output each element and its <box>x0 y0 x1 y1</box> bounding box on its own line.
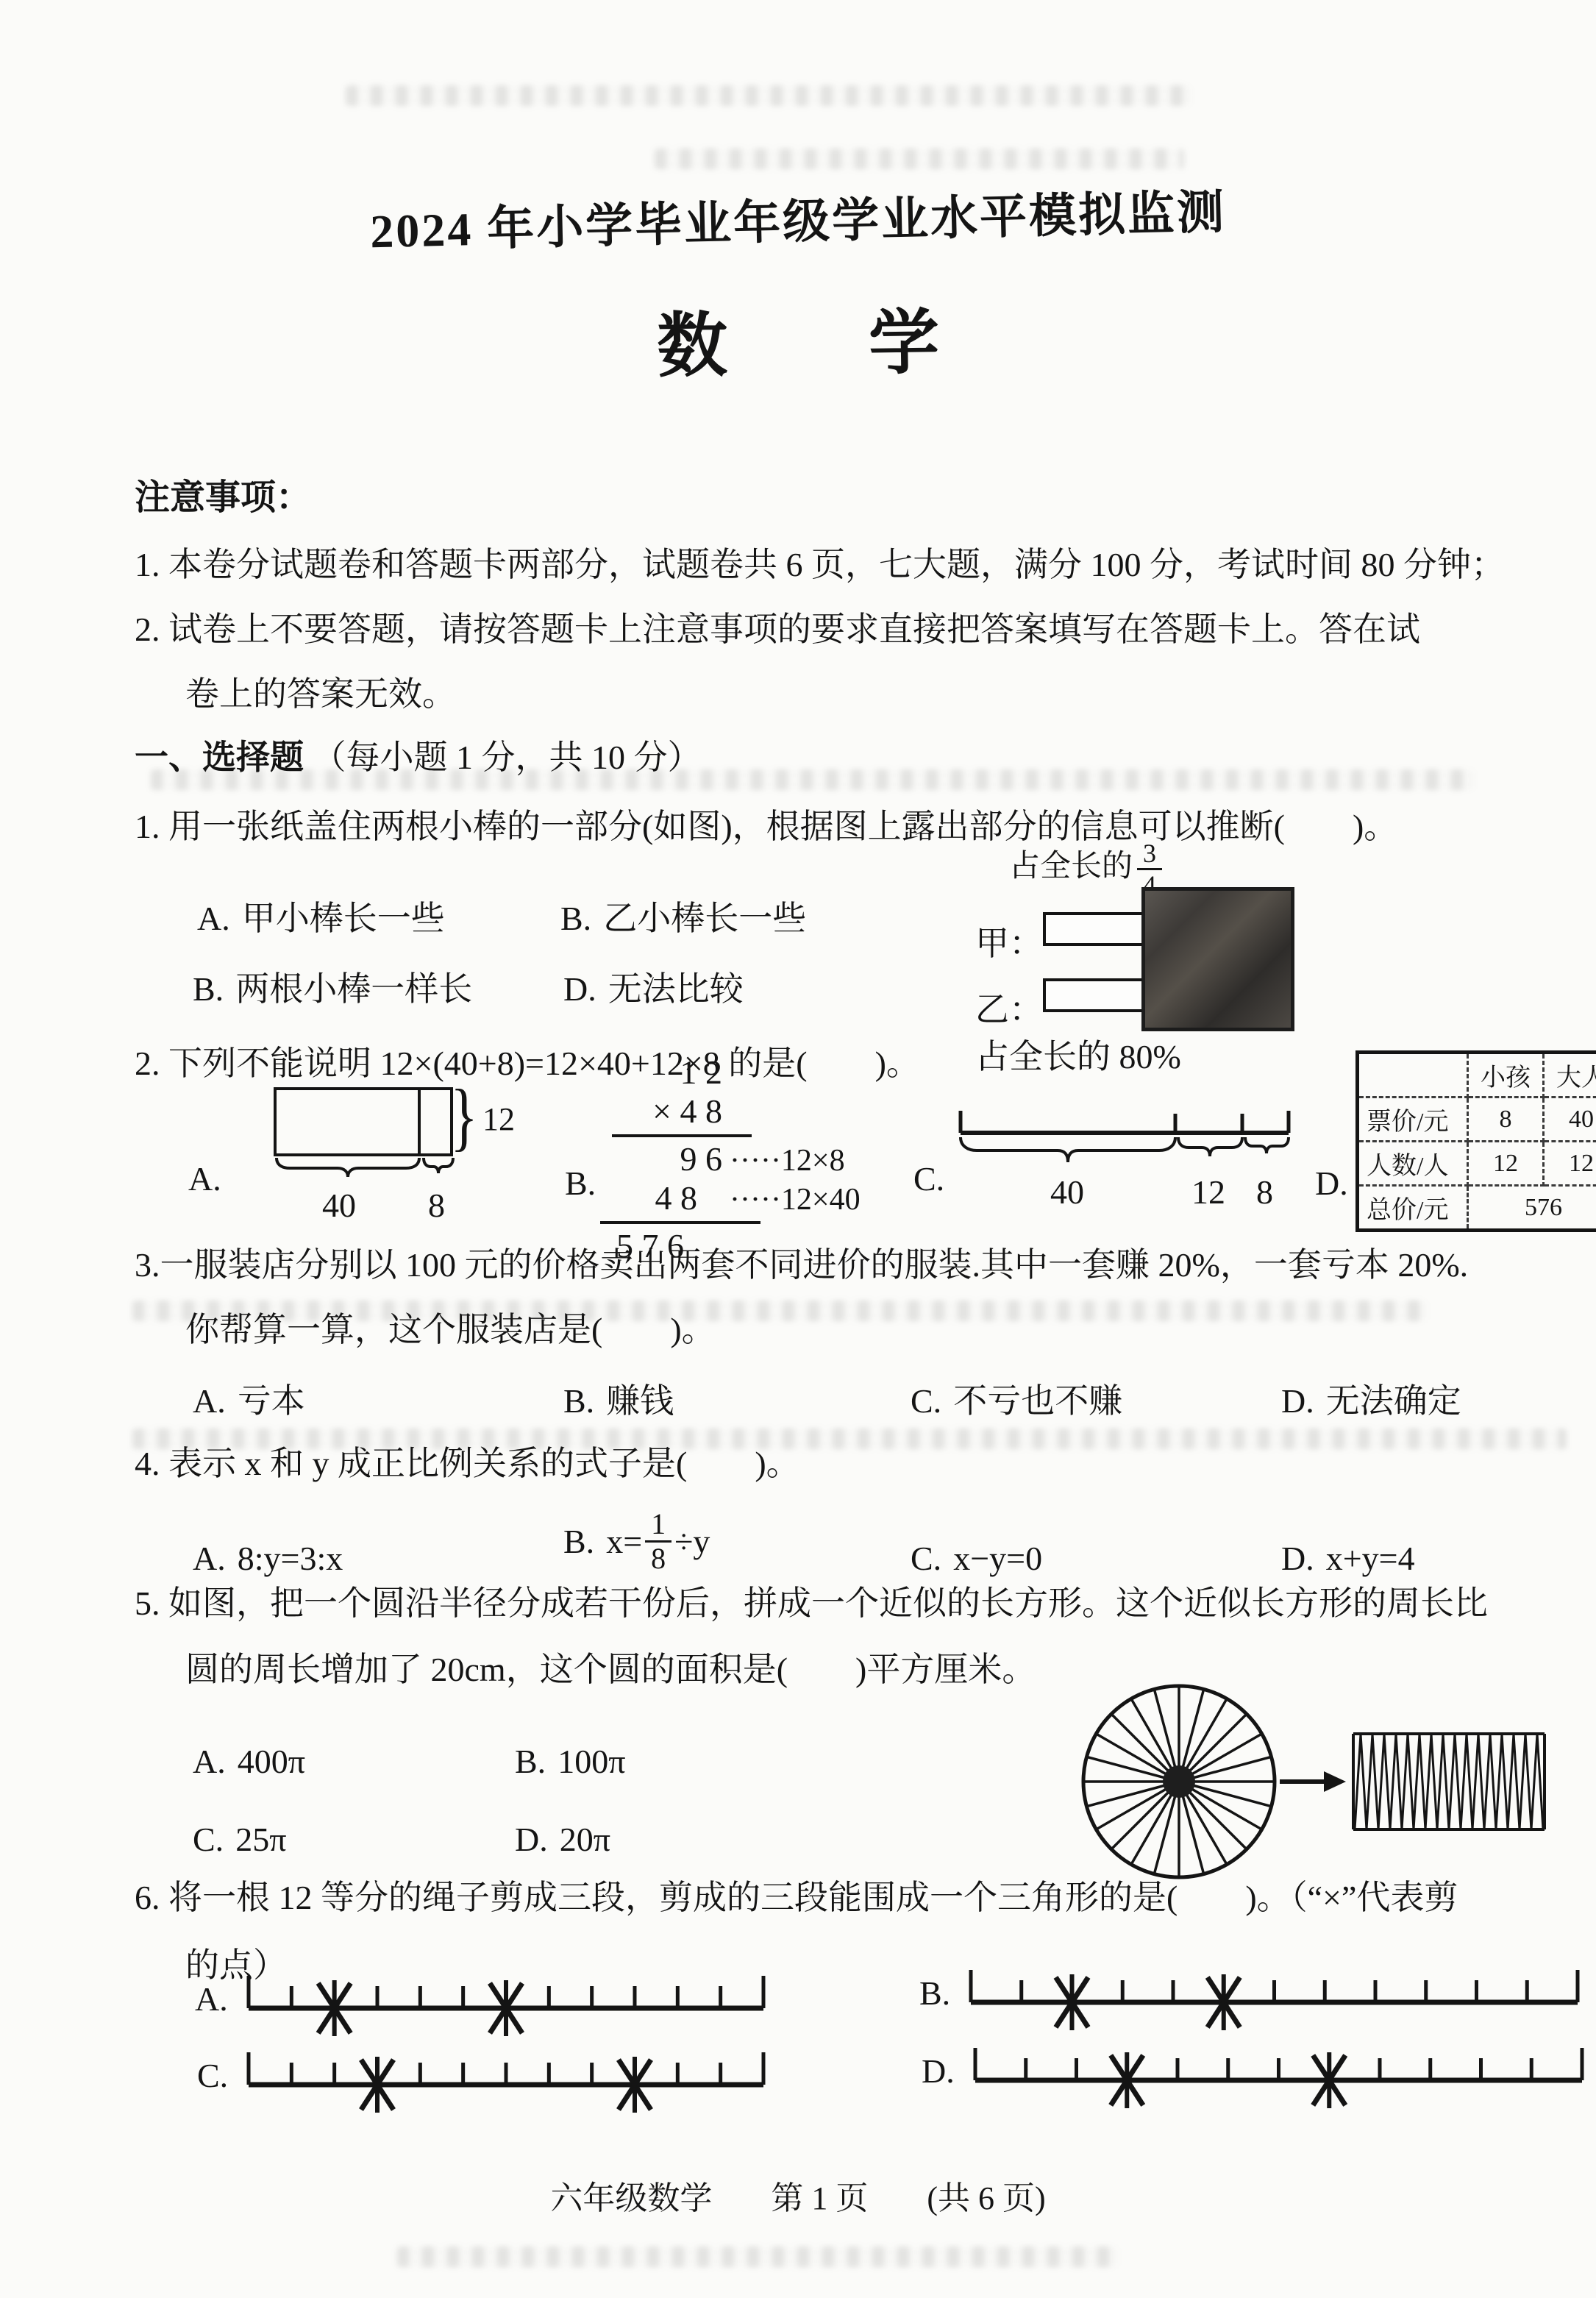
q5-option-b: B.100π <box>515 1742 625 1781</box>
q4-option-a-text: 8:y=3:x <box>238 1540 343 1577</box>
q5-option-c-label: C. <box>193 1821 224 1858</box>
q6-option-a-label: A. <box>195 1979 228 2018</box>
q1-option-c-text: 两根小棒一样长 <box>235 970 472 1008</box>
q2-a-width1-label: 40 <box>322 1186 356 1225</box>
q5-option-c: C.25π <box>193 1820 286 1859</box>
q2-a-underbraces <box>272 1155 456 1189</box>
q5-option-a-text: 400π <box>238 1743 305 1780</box>
q2-option-a-label: A. <box>188 1159 221 1198</box>
q1-option-b: B.乙小棒长一些 <box>560 892 806 940</box>
q5-stem-line2: 圆的周长增加了 20cm，这个圆的面积是( )平方厘米。 <box>185 1649 1036 1690</box>
q5-option-a: A.400π <box>193 1742 305 1781</box>
q4-option-b-label: B. <box>563 1522 594 1561</box>
q2-a-rectangle-divider <box>418 1090 421 1153</box>
q1-option-a-label: A. <box>197 900 230 937</box>
q1-frac-numerator: 3 <box>1137 840 1162 870</box>
q3-stem-line2: 你帮算一算，这个服装店是( )。 <box>185 1309 716 1350</box>
q2-b-partial2-note: ·····12×40 <box>730 1182 861 1217</box>
q2-c-seg2-label: 12 <box>1191 1173 1225 1211</box>
table-row: 小孩 大人 <box>1358 1053 1596 1098</box>
q5-option-b-text: 100π <box>557 1743 625 1780</box>
notice-heading: 注意事项： <box>135 477 311 519</box>
q5-stem-line1: 5. 如图，把一个圆沿半径分成若干份后，拼成一个近似的长方形。这个近似长方形的周… <box>135 1583 1488 1623</box>
scan-artifact <box>397 2247 1118 2267</box>
q1-option-b-text: 乙小棒长一些 <box>603 900 806 937</box>
q1-option-a: A.甲小棒长一些 <box>197 892 445 940</box>
table-row: 总价/元 576 <box>1358 1186 1596 1231</box>
q4-option-d-text: x+y=4 <box>1326 1540 1415 1577</box>
q5-option-d-label: D. <box>515 1821 548 1858</box>
q2-c-seg3-label: 8 <box>1256 1173 1273 1211</box>
q4-option-c: C.x−y=0 <box>911 1539 1042 1578</box>
q1-option-d-text: 无法比较 <box>608 970 744 1008</box>
q3-option-d-label: D. <box>1281 1382 1314 1420</box>
q2-b-rule2 <box>600 1221 760 1224</box>
q1-option-d-label: D. <box>563 970 596 1008</box>
q6-rope-d <box>968 2023 1589 2119</box>
q4-frac-numerator: 1 <box>645 1509 671 1543</box>
table-row: 人数/人 12 12 <box>1358 1142 1596 1186</box>
q4-option-c-text: x−y=0 <box>953 1540 1042 1577</box>
q1-option-d: D.无法比较 <box>563 962 744 1011</box>
q2-b-rule1 <box>612 1134 752 1137</box>
footer-subject: 六年级数学 <box>550 2171 712 2219</box>
q2-option-d-label: D. <box>1315 1164 1348 1203</box>
q4-option-d-label: D. <box>1281 1540 1314 1577</box>
q5-option-c-text: 25π <box>235 1821 286 1858</box>
section-heading: 一、选择题 （每小题 1 分，共 10 分） <box>135 737 702 778</box>
q1-option-a-text: 甲小棒长一些 <box>242 900 445 937</box>
q2-d-total-value: 576 <box>1468 1186 1596 1231</box>
q1-cover-paper <box>1141 887 1294 1031</box>
q4-option-a-label: A. <box>193 1540 226 1577</box>
q2-b-multiplication: 1 2 × 4 8 9 6·····12×8 4 8·····12×40 5 7… <box>612 1053 861 1265</box>
q2-d-header-child: 小孩 <box>1468 1053 1544 1098</box>
page-title: 2024 年小学毕业年级学业水平模拟监测 <box>369 174 1227 261</box>
page-footer: 六年级数学 第 1 页 (共 6 页) <box>0 2171 1596 2219</box>
q1-bar2-label: 乙： <box>975 983 1043 1031</box>
q6-option-b-label: B. <box>919 1974 950 2013</box>
q4-option-b-pre: x= <box>606 1522 642 1561</box>
q1-stem: 1. 用一张纸盖住两根小棒的一部分(如图)，根据图上露出部分的信息可以推断( )… <box>135 806 1397 847</box>
q2-b-partial1: 9 6 <box>612 1140 722 1179</box>
q2-c-line-figure: 40 12 8 <box>956 1102 1302 1212</box>
q2-d-people-child: 12 <box>1468 1142 1544 1186</box>
q2-d-ticket-adult: 40 <box>1544 1098 1596 1142</box>
q2-a-width2-label: 8 <box>428 1186 445 1225</box>
q4-option-b-post: ÷y <box>674 1522 710 1561</box>
q5-circle-to-rectangle-figure <box>1058 1664 1565 1899</box>
q6-option-d-label: D. <box>922 2052 955 2091</box>
q2-b-partial1-note: ·····12×8 <box>730 1143 845 1178</box>
q2-d-corner-cell <box>1358 1053 1468 1098</box>
q2-a-height-label: 12 <box>482 1100 515 1138</box>
q2-d-ticket-child: 8 <box>1468 1098 1544 1142</box>
q4-stem: 4. 表示 x 和 y 成正比例关系的式子是( )。 <box>135 1443 800 1484</box>
q2-a-rectangle <box>274 1087 453 1156</box>
subject-title: 数 学 <box>656 286 940 391</box>
q1-figure-top-label: 占全长的34 <box>1009 840 1162 898</box>
q3-option-d: D.无法确定 <box>1281 1374 1461 1423</box>
scan-artifact <box>346 85 1191 106</box>
notice-item-1: 1. 本卷分试题卷和答题卡两部分，试题卷共 6 页，七大题，满分 100 分，考… <box>135 544 1505 585</box>
q4-option-c-label: C. <box>911 1540 941 1577</box>
notice-item-2-line2: 卷上的答案无效。 <box>185 674 456 714</box>
q2-d-ticket-label: 票价/元 <box>1358 1098 1468 1142</box>
q3-option-b-text: 赚钱 <box>606 1382 674 1420</box>
footer-page-total: (共 6 页) <box>927 2171 1045 2219</box>
q3-stem-line1: 3.一服装店分别以 100 元的价格卖出两套不同进价的服装.其中一套赚 20%，… <box>135 1245 1468 1285</box>
q1-figure-bottom-label: 占全长的 80% <box>975 1030 1181 1078</box>
q5-option-d-text: 20π <box>560 1821 610 1858</box>
q6-rope-c <box>241 2027 771 2123</box>
exam-page: 2024 年小学毕业年级学业水平模拟监测 数 学 注意事项： 1. 本卷分试题卷… <box>0 0 1596 2298</box>
q3-option-c-text: 不亏也不赚 <box>953 1382 1122 1420</box>
q2-a-right-brace: } <box>450 1078 477 1155</box>
q1-option-c: B.两根小棒一样长 <box>193 962 472 1011</box>
q4-option-b: B. x= 18 ÷y <box>563 1509 710 1573</box>
q6-option-c: C. <box>197 2027 771 2123</box>
q2-option-c-label: C. <box>913 1159 944 1198</box>
q5-option-b-label: B. <box>515 1743 546 1780</box>
q2-d-header-adult: 大人 <box>1544 1053 1596 1098</box>
q6-stem-line1: 6. 将一根 12 等分的绳子剪成三段，剪成的三段能围成一个三角形的是( )。（… <box>135 1877 1458 1918</box>
q1-option-b-label: B. <box>560 900 591 937</box>
q3-option-d-text: 无法确定 <box>1326 1382 1461 1420</box>
q3-option-a-text: 亏本 <box>238 1382 305 1420</box>
notice-item-2-line1: 2. 试卷上不要答题，请按答题卡上注意事项的要求直接把答案填写在答题卡上。答在试 <box>135 609 1420 650</box>
q2-d-people-adult: 12 <box>1544 1142 1596 1186</box>
q2-b-top: 1 2 <box>612 1053 722 1092</box>
q5-option-d: D.20π <box>515 1820 610 1859</box>
q3-option-a-label: A. <box>193 1382 226 1420</box>
q1-bar1-label: 甲： <box>975 917 1043 965</box>
q2-c-seg1-label: 40 <box>1050 1173 1084 1211</box>
q2-d-fare-table: 小孩 大人 票价/元 8 40 人数/人 12 12 总价/元 576 <box>1355 1050 1596 1232</box>
q3-option-b-label: B. <box>563 1382 594 1420</box>
q1-figure-top-text: 占全长的 <box>1009 850 1133 883</box>
q5-option-a-label: A. <box>193 1743 226 1780</box>
section-note: （每小题 1 分，共 10 分） <box>313 739 702 776</box>
section-title: 一、选择题 <box>135 739 304 776</box>
q4-frac-denominator: 8 <box>645 1543 671 1573</box>
scan-artifact <box>655 149 1184 169</box>
q2-b-mult: × 4 8 <box>612 1092 722 1131</box>
q4-option-d: D.x+y=4 <box>1281 1539 1415 1578</box>
q3-option-c-label: C. <box>911 1382 941 1420</box>
q6-option-c-label: C. <box>197 2056 228 2095</box>
footer-page-number: 第 1 页 <box>771 2171 868 2219</box>
q3-option-b: B.赚钱 <box>563 1374 674 1423</box>
q4-option-a: A.8:y=3:x <box>193 1539 343 1578</box>
q3-option-a: A.亏本 <box>193 1374 305 1423</box>
q2-option-b-label: B. <box>565 1164 596 1203</box>
q2-d-total-label: 总价/元 <box>1358 1186 1468 1231</box>
q1-option-c-label: B. <box>193 970 224 1008</box>
q6-option-d: D. <box>922 2023 1589 2119</box>
q2-b-partial2: 4 8 <box>612 1179 722 1218</box>
q2-d-people-label: 人数/人 <box>1358 1142 1468 1186</box>
table-row: 票价/元 8 40 <box>1358 1098 1596 1142</box>
q3-option-c: C.不亏也不赚 <box>911 1374 1122 1423</box>
